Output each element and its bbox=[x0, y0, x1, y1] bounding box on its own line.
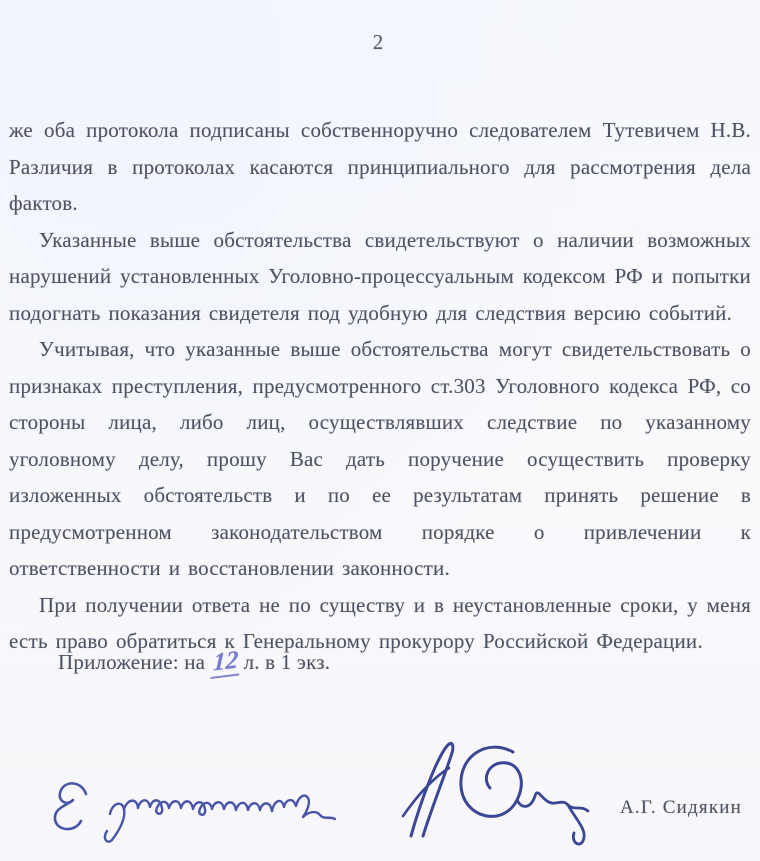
page-number: 2 bbox=[0, 30, 756, 55]
closing-handwriting-s-uvazheniem bbox=[48, 770, 343, 848]
attachment-suffix: л. в 1 экз. bbox=[244, 650, 331, 674]
paragraph-escalation: При получении ответа не по существу и в … bbox=[9, 587, 751, 660]
attachment-prefix: Приложение: на bbox=[58, 650, 205, 674]
scanned-letter-page: 2 же оба протокола подписаны собственнор… bbox=[0, 0, 760, 861]
paragraph-request: Учитывая, что указанные выше обстоятельс… bbox=[9, 331, 751, 587]
letter-body: же оба протокола подписаны собственноруч… bbox=[9, 112, 751, 660]
signer-name: А.Г. Сидякин bbox=[620, 797, 742, 819]
paragraph-violations: Указанные выше обстоятельства свидетельс… bbox=[9, 222, 751, 332]
handwritten-page-count: 12 bbox=[211, 648, 242, 679]
attachment-line: Приложение: на12л. в 1 экз. bbox=[58, 650, 330, 677]
signature-autograph bbox=[395, 736, 600, 851]
paragraph-continuation: же оба протокола подписаны собственноруч… bbox=[9, 112, 751, 222]
